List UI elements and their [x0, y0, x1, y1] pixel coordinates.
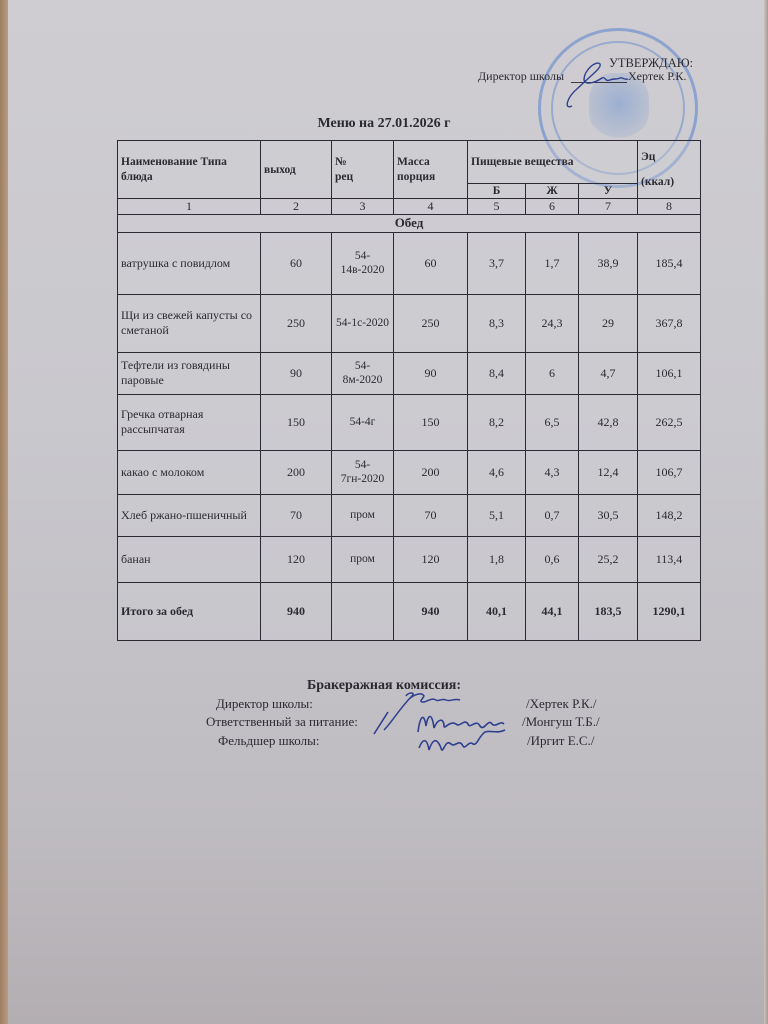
- section-title: Обед: [118, 215, 701, 232]
- section-row: Обед: [118, 215, 701, 232]
- cell-recipe: пром: [332, 536, 394, 582]
- cell-carbs: 25,2: [579, 536, 638, 582]
- cell-recipe: 54-4г: [332, 394, 394, 450]
- cell-carbs: 38,9: [579, 232, 638, 294]
- cell-name: Гречка отварная рассыпчатая: [118, 394, 261, 450]
- table-row: Щи из свежей капусты со сметаной25054-1с…: [118, 294, 701, 352]
- commission-role-food: Ответственный за питание:: [206, 714, 358, 730]
- total-row: Итого за обед 940 940 40,1 44,1 183,5 12…: [118, 582, 701, 640]
- cell-protein: 8,2: [468, 394, 526, 450]
- header-mass: Масса порция: [394, 141, 468, 199]
- total-mass: 940: [394, 582, 468, 640]
- signature-line: [571, 82, 627, 83]
- cell-recipe: пром: [332, 494, 394, 536]
- column-number: 7: [579, 199, 638, 215]
- header-carbs: У: [579, 184, 638, 199]
- cell-fat: 24,3: [526, 294, 579, 352]
- menu-table: Наименование Типа блюда выход № рец Масс…: [117, 140, 701, 641]
- cell-mass: 60: [394, 232, 468, 294]
- cell-fat: 4,3: [526, 450, 579, 494]
- column-number: 6: [526, 199, 579, 215]
- column-number-row: 1 2 3 4 5 6 7 8: [118, 199, 701, 215]
- approval-role: Директор школы: [478, 69, 564, 84]
- commission-name-medic: /Иргит Е.С./: [527, 733, 594, 749]
- cell-mass: 150: [394, 394, 468, 450]
- header-nutrients: Пищевые вещества: [468, 141, 638, 184]
- cell-fat: 1,7: [526, 232, 579, 294]
- total-recipe: [332, 582, 394, 640]
- cell-protein: 5,1: [468, 494, 526, 536]
- cell-protein: 4,6: [468, 450, 526, 494]
- header-mass-text: Масса порция: [397, 155, 447, 184]
- cell-mass: 120: [394, 536, 468, 582]
- total-name: Итого за обед: [118, 582, 261, 640]
- cell-name: Тефтели из говядины паровые: [118, 352, 261, 394]
- cell-yield: 120: [261, 536, 332, 582]
- cell-fat: 6,5: [526, 394, 579, 450]
- table-row: Тефтели из говядины паровые9054-8м-20209…: [118, 352, 701, 394]
- header-row: Наименование Типа блюда выход № рец Масс…: [118, 141, 701, 184]
- cell-recipe: 54-1с-2020: [332, 294, 394, 352]
- cell-carbs: 12,4: [579, 450, 638, 494]
- cell-recipe: 54-14в-2020: [332, 232, 394, 294]
- cell-name: банан: [118, 536, 261, 582]
- header-energy: Эц (ккал): [638, 141, 701, 199]
- table-row: банан120пром1201,80,625,2113,4: [118, 536, 701, 582]
- cell-name: Хлеб ржано-пшеничный: [118, 494, 261, 536]
- cell-mass: 70: [394, 494, 468, 536]
- header-recipe-text: № рец: [335, 155, 365, 184]
- cell-yield: 70: [261, 494, 332, 536]
- cell-carbs: 29: [579, 294, 638, 352]
- header-energy-line2: (ккал): [641, 175, 697, 189]
- table-row: какао с молоком20054-7гн-20202004,64,312…: [118, 450, 701, 494]
- table-row: Хлеб ржано-пшеничный70пром705,10,730,514…: [118, 494, 701, 536]
- cell-fat: 0,7: [526, 494, 579, 536]
- cell-protein: 8,3: [468, 294, 526, 352]
- mongush-signature-icon: [370, 706, 520, 736]
- document-title: Меню на 27.01.2026 г: [0, 116, 768, 132]
- header-yield: выход: [261, 141, 332, 199]
- cell-energy: 113,4: [638, 536, 701, 582]
- column-number: 8: [638, 199, 701, 215]
- cell-energy: 262,5: [638, 394, 701, 450]
- cell-recipe: 54-8м-2020: [332, 352, 394, 394]
- column-number: 4: [394, 199, 468, 215]
- commission-name-director: /Хертек Р.К./: [526, 696, 597, 712]
- total-yield: 940: [261, 582, 332, 640]
- cell-energy: 367,8: [638, 294, 701, 352]
- header-fat: Ж: [526, 184, 579, 199]
- table-row: ватрушка с повидлом6054-14в-2020603,71,7…: [118, 232, 701, 294]
- cell-protein: 3,7: [468, 232, 526, 294]
- total-fat: 44,1: [526, 582, 579, 640]
- cell-yield: 150: [261, 394, 332, 450]
- commission-title: Бракеражная комиссия:: [0, 678, 768, 694]
- total-energy: 1290,1: [638, 582, 701, 640]
- approval-name: Хертек Р.К.: [628, 69, 686, 84]
- cell-mass: 250: [394, 294, 468, 352]
- commission-name-food: /Монгуш Т.Б./: [522, 714, 600, 730]
- cell-yield: 60: [261, 232, 332, 294]
- header-energy-line1: Эц: [641, 150, 697, 164]
- cell-mass: 200: [394, 450, 468, 494]
- irgit-signature-icon: [415, 726, 515, 756]
- cell-fat: 6: [526, 352, 579, 394]
- cell-mass: 90: [394, 352, 468, 394]
- cell-energy: 185,4: [638, 232, 701, 294]
- cell-name: Щи из свежей капусты со сметаной: [118, 294, 261, 352]
- header-name: Наименование Типа блюда: [118, 141, 261, 199]
- cell-name: ватрушка с повидлом: [118, 232, 261, 294]
- header-protein: Б: [468, 184, 526, 199]
- cell-energy: 148,2: [638, 494, 701, 536]
- cell-carbs: 30,5: [579, 494, 638, 536]
- desk-edge-right: [764, 0, 768, 1024]
- commission-role-medic: Фельдшер школы:: [218, 733, 319, 749]
- column-number: 2: [261, 199, 332, 215]
- commission-role-director: Директор школы:: [216, 696, 313, 712]
- cell-fat: 0,6: [526, 536, 579, 582]
- cell-yield: 250: [261, 294, 332, 352]
- cell-carbs: 42,8: [579, 394, 638, 450]
- column-number: 3: [332, 199, 394, 215]
- cell-energy: 106,7: [638, 450, 701, 494]
- total-carbs: 183,5: [579, 582, 638, 640]
- cell-yield: 90: [261, 352, 332, 394]
- cell-recipe: 54-7гн-2020: [332, 450, 394, 494]
- cell-carbs: 4,7: [579, 352, 638, 394]
- cell-yield: 200: [261, 450, 332, 494]
- cell-protein: 1,8: [468, 536, 526, 582]
- column-number: 5: [468, 199, 526, 215]
- table-row: Гречка отварная рассыпчатая15054-4г1508,…: [118, 394, 701, 450]
- column-number: 1: [118, 199, 261, 215]
- desk-edge-left: [0, 0, 8, 1024]
- menu-rows: ватрушка с повидлом6054-14в-2020603,71,7…: [118, 232, 701, 582]
- cell-protein: 8,4: [468, 352, 526, 394]
- total-protein: 40,1: [468, 582, 526, 640]
- cell-name: какао с молоком: [118, 450, 261, 494]
- cell-energy: 106,1: [638, 352, 701, 394]
- header-recipe: № рец: [332, 141, 394, 199]
